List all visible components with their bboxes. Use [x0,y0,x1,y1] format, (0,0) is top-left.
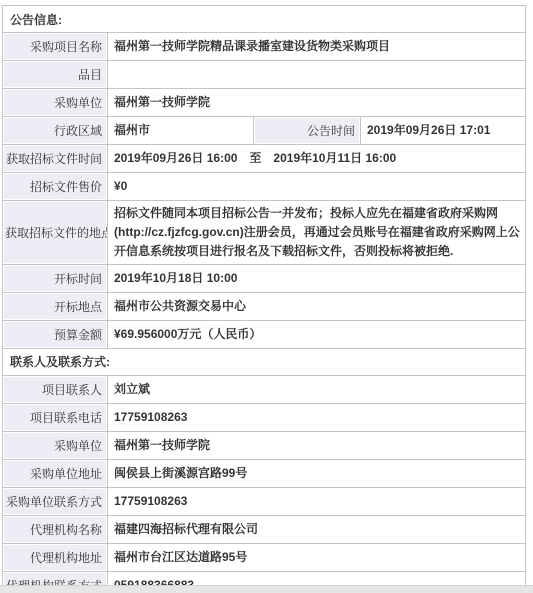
field-label-agency-name: 代理机构名称 [3,515,108,543]
field-value-budget: ¥69.956000万元（人民币） [108,320,526,348]
field-value-doc-price: ¥0 [108,173,526,201]
row-budget: 预算金额¥69.956000万元（人民币） [3,320,526,348]
field-value-purchaser: 福州第一技师学院 [108,89,526,117]
field-label-bid-open-time: 开标时间 [3,264,108,292]
row-purchaser-address: 采购单位地址闽侯县上街溪源宫路99号 [3,459,526,487]
row-agency-address: 代理机构地址福州市台江区达道路95号 [3,543,526,571]
field-label-doc-obtain-time: 获取招标文件时间 [3,145,108,173]
field-value-agency-name: 福建四海招标代理有限公司 [108,515,526,543]
field-value-bid-open-place: 福州市公共资源交易中心 [108,292,526,320]
field-value-bid-open-time: 2019年10月18日 10:00 [108,264,526,292]
row-doc-price: 招标文件售价¥0 [3,173,526,201]
field-label-category: 品目 [3,61,108,89]
announcement-table-body: 公告信息:采购项目名称福州第一技师学院精品课录播室建设货物类采购项目品目采购单位… [3,6,526,593]
row-purchaser: 采购单位福州第一技师学院 [3,89,526,117]
field-label-project-name: 采购项目名称 [3,33,108,61]
row-purchaser-name: 采购单位福州第一技师学院 [3,431,526,459]
section-header-row: 联系人及联系方式: [3,348,526,375]
field-value-project-name: 福州第一技师学院精品课录播室建设货物类采购项目 [108,33,526,61]
field-label-doc-price: 招标文件售价 [3,173,108,201]
row-contact-person: 项目联系人刘立斌 [3,375,526,403]
page-bottom-strip [0,585,533,593]
field-label-doc-obtain-place: 获取招标文件的地点 [3,201,108,265]
table-wrap: 公告信息:采购项目名称福州第一技师学院精品课录播室建设货物类采购项目品目采购单位… [0,0,533,593]
field-value-category [108,61,526,89]
section-header: 联系人及联系方式: [3,348,526,375]
announcement-table: 公告信息:采购项目名称福州第一技师学院精品课录播室建设货物类采购项目品目采购单位… [2,5,526,593]
row-agency-name: 代理机构名称福建四海招标代理有限公司 [3,515,526,543]
field-label-purchaser-name: 采购单位 [3,431,108,459]
field-value-purchaser-address: 闽侯县上街溪源宫路99号 [108,459,526,487]
field-value-contact-person: 刘立斌 [108,375,526,403]
row-bid-open-time: 开标时间2019年10月18日 10:00 [3,264,526,292]
row-contact-phone: 项目联系电话17759108263 [3,403,526,431]
field-value-contact-phone: 17759108263 [108,403,526,431]
field-value-agency-address: 福州市台江区达道路95号 [108,543,526,571]
field-label-purchaser-address: 采购单位地址 [3,459,108,487]
field-label-purchaser-contact: 采购单位联系方式 [3,487,108,515]
field-label-contact-person: 项目联系人 [3,375,108,403]
field-value-purchaser-name: 福州第一技师学院 [108,431,526,459]
field-value-doc-obtain-place: 招标文件随同本项目招标公告一并发布；投标人应先在福建省政府采购网(http://… [108,201,526,265]
row-project-name: 采购项目名称福州第一技师学院精品课录播室建设货物类采购项目 [3,33,526,61]
field-label-budget: 预算金额 [3,320,108,348]
field-value-purchaser-contact: 17759108263 [108,487,526,515]
field-label-agency-address: 代理机构地址 [3,543,108,571]
row-category: 品目 [3,61,526,89]
field-label-region: 行政区域 [3,117,108,145]
section-header: 公告信息: [3,6,526,33]
field-label-purchaser: 采购单位 [3,89,108,117]
row-region: 行政区域福州市公告时间2019年09月26日 17:01 [3,117,526,145]
field-value-region: 福州市 [108,117,254,145]
section-header-row: 公告信息: [3,6,526,33]
field-label2-region: 公告时间 [254,117,361,145]
row-purchaser-contact: 采购单位联系方式17759108263 [3,487,526,515]
field-label-bid-open-place: 开标地点 [3,292,108,320]
row-doc-obtain-time: 获取招标文件时间2019年09月26日 16:00 至 2019年10月11日 … [3,145,526,173]
row-bid-open-place: 开标地点福州市公共资源交易中心 [3,292,526,320]
field-value2-region: 2019年09月26日 17:01 [361,117,526,145]
field-label-contact-phone: 项目联系电话 [3,403,108,431]
row-doc-obtain-place: 获取招标文件的地点招标文件随同本项目招标公告一并发布；投标人应先在福建省政府采购… [3,201,526,265]
field-value-doc-obtain-time: 2019年09月26日 16:00 至 2019年10月11日 16:00 [108,145,526,173]
procurement-announcement-page: 公告信息:采购项目名称福州第一技师学院精品课录播室建设货物类采购项目品目采购单位… [0,0,533,593]
